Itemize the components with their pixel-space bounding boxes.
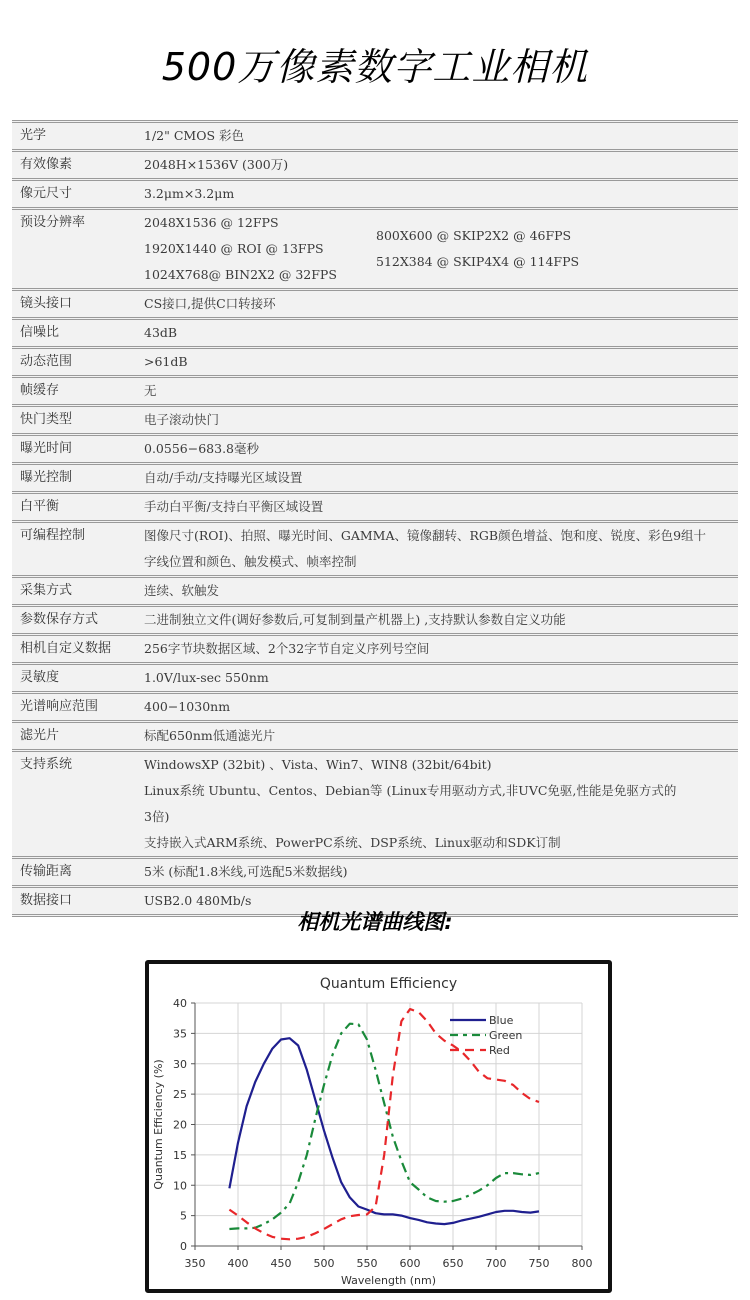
spec-label: 相机自定义数据 bbox=[12, 636, 144, 662]
spec-value: 连续、软触发 bbox=[144, 578, 738, 604]
spec-value-line: 电子滚动快门 bbox=[144, 407, 732, 433]
spec-value-line: 标配650nm低通滤光片 bbox=[144, 723, 732, 749]
quantum-efficiency-chart: Quantum Efficiency3504004505005506006507… bbox=[145, 960, 612, 1293]
spec-value-line: 400−1030nm bbox=[144, 694, 732, 720]
chart-title: Quantum Efficiency bbox=[320, 976, 457, 992]
spec-row: 支持系统WindowsXP (32bit) 、Vista、Win7、WIN8 (… bbox=[12, 749, 738, 856]
x-tick-label: 350 bbox=[185, 1257, 206, 1270]
spec-value: 2048X1536 @ 12FPS1920X1440 @ ROI @ 13FPS… bbox=[144, 210, 738, 288]
spec-table: 光学1/2" CMOS 彩色有效像素2048H×1536V (300万)像元尺寸… bbox=[12, 120, 738, 917]
spec-value-line: 1024X768@ BIN2X2 @ 32FPS bbox=[144, 262, 376, 288]
chart-heading: 相机光谱曲线图: bbox=[0, 906, 750, 936]
spec-label: 传输距离 bbox=[12, 859, 144, 885]
chart-canvas: Quantum Efficiency3504004505005506006507… bbox=[149, 964, 608, 1289]
legend-label-green: Green bbox=[489, 1029, 522, 1042]
spec-row: 光谱响应范围400−1030nm bbox=[12, 691, 738, 720]
spec-value-line: 字线位置和颜色、触发模式、帧率控制 bbox=[144, 549, 732, 575]
y-tick-label: 5 bbox=[180, 1210, 187, 1223]
y-tick-label: 10 bbox=[173, 1179, 187, 1192]
spec-value: 1.0V/lux-sec 550nm bbox=[144, 665, 738, 691]
spec-label: 灵敏度 bbox=[12, 665, 144, 691]
spec-value: 电子滚动快门 bbox=[144, 407, 738, 433]
spec-row: 镜头接口CS接口,提供C口转接环 bbox=[12, 288, 738, 317]
y-tick-label: 20 bbox=[173, 1119, 187, 1132]
spec-value-line: >61dB bbox=[144, 349, 732, 375]
spec-label: 曝光控制 bbox=[12, 465, 144, 491]
spec-label: 有效像素 bbox=[12, 152, 144, 178]
spec-label: 采集方式 bbox=[12, 578, 144, 604]
spec-value: 2048H×1536V (300万) bbox=[144, 152, 738, 178]
spec-value: 400−1030nm bbox=[144, 694, 738, 720]
spec-label: 预设分辨率 bbox=[12, 210, 144, 288]
spec-value-line: 图像尺寸(ROI)、拍照、曝光时间、GAMMA、镜像翻转、RGB颜色增益、饱和度… bbox=[144, 523, 732, 549]
spec-label: 镜头接口 bbox=[12, 291, 144, 317]
spec-value-line: 5米 (标配1.8米线,可选配5米数据线) bbox=[144, 859, 732, 885]
spec-value: 无 bbox=[144, 378, 738, 404]
spec-value: 5米 (标配1.8米线,可选配5米数据线) bbox=[144, 859, 738, 885]
spec-row: 像元尺寸3.2μm×3.2μm bbox=[12, 178, 738, 207]
spec-value-line: 1920X1440 @ ROI @ 13FPS bbox=[144, 236, 376, 262]
spec-value-line: 自动/手动/支持曝光区域设置 bbox=[144, 465, 732, 491]
spec-value: WindowsXP (32bit) 、Vista、Win7、WIN8 (32bi… bbox=[144, 752, 738, 856]
spec-row: 传输距离5米 (标配1.8米线,可选配5米数据线) bbox=[12, 856, 738, 885]
legend-label-blue: Blue bbox=[489, 1014, 514, 1027]
spec-value: CS接口,提供C口转接环 bbox=[144, 291, 738, 317]
spec-row: 曝光控制自动/手动/支持曝光区域设置 bbox=[12, 462, 738, 491]
spec-label: 可编程控制 bbox=[12, 523, 144, 575]
spec-value-line: 3倍) bbox=[144, 804, 732, 830]
spec-value-line: 无 bbox=[144, 378, 732, 404]
x-axis-label: Wavelength (nm) bbox=[341, 1274, 436, 1287]
spec-value-line: 43dB bbox=[144, 320, 732, 346]
spec-label: 动态范围 bbox=[12, 349, 144, 375]
series-blue-line bbox=[229, 1038, 539, 1224]
spec-value-line: CS接口,提供C口转接环 bbox=[144, 291, 732, 317]
spec-label: 曝光时间 bbox=[12, 436, 144, 462]
spec-row: 有效像素2048H×1536V (300万) bbox=[12, 149, 738, 178]
spec-value: 256字节块数据区域、2个32字节自定义序列号空间 bbox=[144, 636, 738, 662]
spec-value-line: 512X384 @ SKIP4X4 @ 114FPS bbox=[376, 249, 579, 275]
spec-value-line: 手动白平衡/支持白平衡区域设置 bbox=[144, 494, 732, 520]
spec-value-line: Linux系统 Ubuntu、Centos、Debian等 (Linux专用驱动… bbox=[144, 778, 732, 804]
spec-value: 自动/手动/支持曝光区域设置 bbox=[144, 465, 738, 491]
spec-value-line: 0.0556−683.8毫秒 bbox=[144, 436, 732, 462]
spec-value: >61dB bbox=[144, 349, 738, 375]
x-tick-label: 600 bbox=[400, 1257, 421, 1270]
spec-row: 相机自定义数据256字节块数据区域、2个32字节自定义序列号空间 bbox=[12, 633, 738, 662]
spec-value-line: 1.0V/lux-sec 550nm bbox=[144, 665, 732, 691]
spec-value: 图像尺寸(ROI)、拍照、曝光时间、GAMMA、镜像翻转、RGB颜色增益、饱和度… bbox=[144, 523, 738, 575]
spec-row: 光学1/2" CMOS 彩色 bbox=[12, 120, 738, 149]
x-tick-label: 400 bbox=[228, 1257, 249, 1270]
y-tick-label: 30 bbox=[173, 1058, 187, 1071]
spec-value-line: 3.2μm×3.2μm bbox=[144, 181, 732, 207]
x-tick-label: 450 bbox=[271, 1257, 292, 1270]
spec-row: 采集方式连续、软触发 bbox=[12, 575, 738, 604]
spec-label: 快门类型 bbox=[12, 407, 144, 433]
x-tick-label: 650 bbox=[443, 1257, 464, 1270]
spec-value: 标配650nm低通滤光片 bbox=[144, 723, 738, 749]
spec-label: 信噪比 bbox=[12, 320, 144, 346]
y-tick-label: 25 bbox=[173, 1088, 187, 1101]
spec-label: 支持系统 bbox=[12, 752, 144, 856]
spec-value-line: 2048H×1536V (300万) bbox=[144, 152, 732, 178]
x-tick-label: 800 bbox=[572, 1257, 593, 1270]
y-tick-label: 0 bbox=[180, 1240, 187, 1253]
spec-value: 0.0556−683.8毫秒 bbox=[144, 436, 738, 462]
spec-row: 可编程控制图像尺寸(ROI)、拍照、曝光时间、GAMMA、镜像翻转、RGB颜色增… bbox=[12, 520, 738, 575]
spec-value-line: 2048X1536 @ 12FPS bbox=[144, 210, 376, 236]
x-tick-label: 550 bbox=[357, 1257, 378, 1270]
spec-value-line: WindowsXP (32bit) 、Vista、Win7、WIN8 (32bi… bbox=[144, 752, 732, 778]
spec-value: 3.2μm×3.2μm bbox=[144, 181, 738, 207]
legend-label-red: Red bbox=[489, 1044, 510, 1057]
y-tick-label: 35 bbox=[173, 1027, 187, 1040]
spec-row: 快门类型电子滚动快门 bbox=[12, 404, 738, 433]
spec-value: 1/2" CMOS 彩色 bbox=[144, 123, 738, 149]
y-axis-label: Quantum Efficiency (%) bbox=[152, 1059, 165, 1189]
spec-row: 参数保存方式二进制独立文件(调好参数后,可复制到量产机器上) ,支持默认参数自定… bbox=[12, 604, 738, 633]
spec-row: 白平衡手动白平衡/支持白平衡区域设置 bbox=[12, 491, 738, 520]
spec-label: 帧缓存 bbox=[12, 378, 144, 404]
page-title: 500万像素数字工业相机 bbox=[0, 42, 750, 92]
spec-value: 43dB bbox=[144, 320, 738, 346]
y-tick-label: 40 bbox=[173, 997, 187, 1010]
spec-value-line: 256字节块数据区域、2个32字节自定义序列号空间 bbox=[144, 636, 732, 662]
spec-row: 动态范围>61dB bbox=[12, 346, 738, 375]
x-tick-label: 750 bbox=[529, 1257, 550, 1270]
spec-row: 信噪比43dB bbox=[12, 317, 738, 346]
x-tick-label: 700 bbox=[486, 1257, 507, 1270]
spec-value: 二进制独立文件(调好参数后,可复制到量产机器上) ,支持默认参数自定义功能 bbox=[144, 607, 738, 633]
spec-label: 像元尺寸 bbox=[12, 181, 144, 207]
spec-value: 手动白平衡/支持白平衡区域设置 bbox=[144, 494, 738, 520]
spec-label: 参数保存方式 bbox=[12, 607, 144, 633]
spec-label: 滤光片 bbox=[12, 723, 144, 749]
spec-value-line: 支持嵌入式ARM系统、PowerPC系统、DSP系统、Linux驱动和SDK订制 bbox=[144, 830, 732, 856]
spec-value-line: 800X600 @ SKIP2X2 @ 46FPS bbox=[376, 223, 579, 249]
spec-label: 白平衡 bbox=[12, 494, 144, 520]
y-tick-label: 15 bbox=[173, 1149, 187, 1162]
spec-row: 预设分辨率2048X1536 @ 12FPS1920X1440 @ ROI @ … bbox=[12, 207, 738, 288]
x-tick-label: 500 bbox=[314, 1257, 335, 1270]
spec-value-line: 二进制独立文件(调好参数后,可复制到量产机器上) ,支持默认参数自定义功能 bbox=[144, 607, 732, 633]
spec-label: 光谱响应范围 bbox=[12, 694, 144, 720]
spec-row: 灵敏度1.0V/lux-sec 550nm bbox=[12, 662, 738, 691]
spec-label: 光学 bbox=[12, 123, 144, 149]
spec-row: 曝光时间0.0556−683.8毫秒 bbox=[12, 433, 738, 462]
spec-row: 帧缓存无 bbox=[12, 375, 738, 404]
spec-row: 滤光片标配650nm低通滤光片 bbox=[12, 720, 738, 749]
spec-value-line: 连续、软触发 bbox=[144, 578, 732, 604]
spec-value-line: 1/2" CMOS 彩色 bbox=[144, 123, 732, 149]
